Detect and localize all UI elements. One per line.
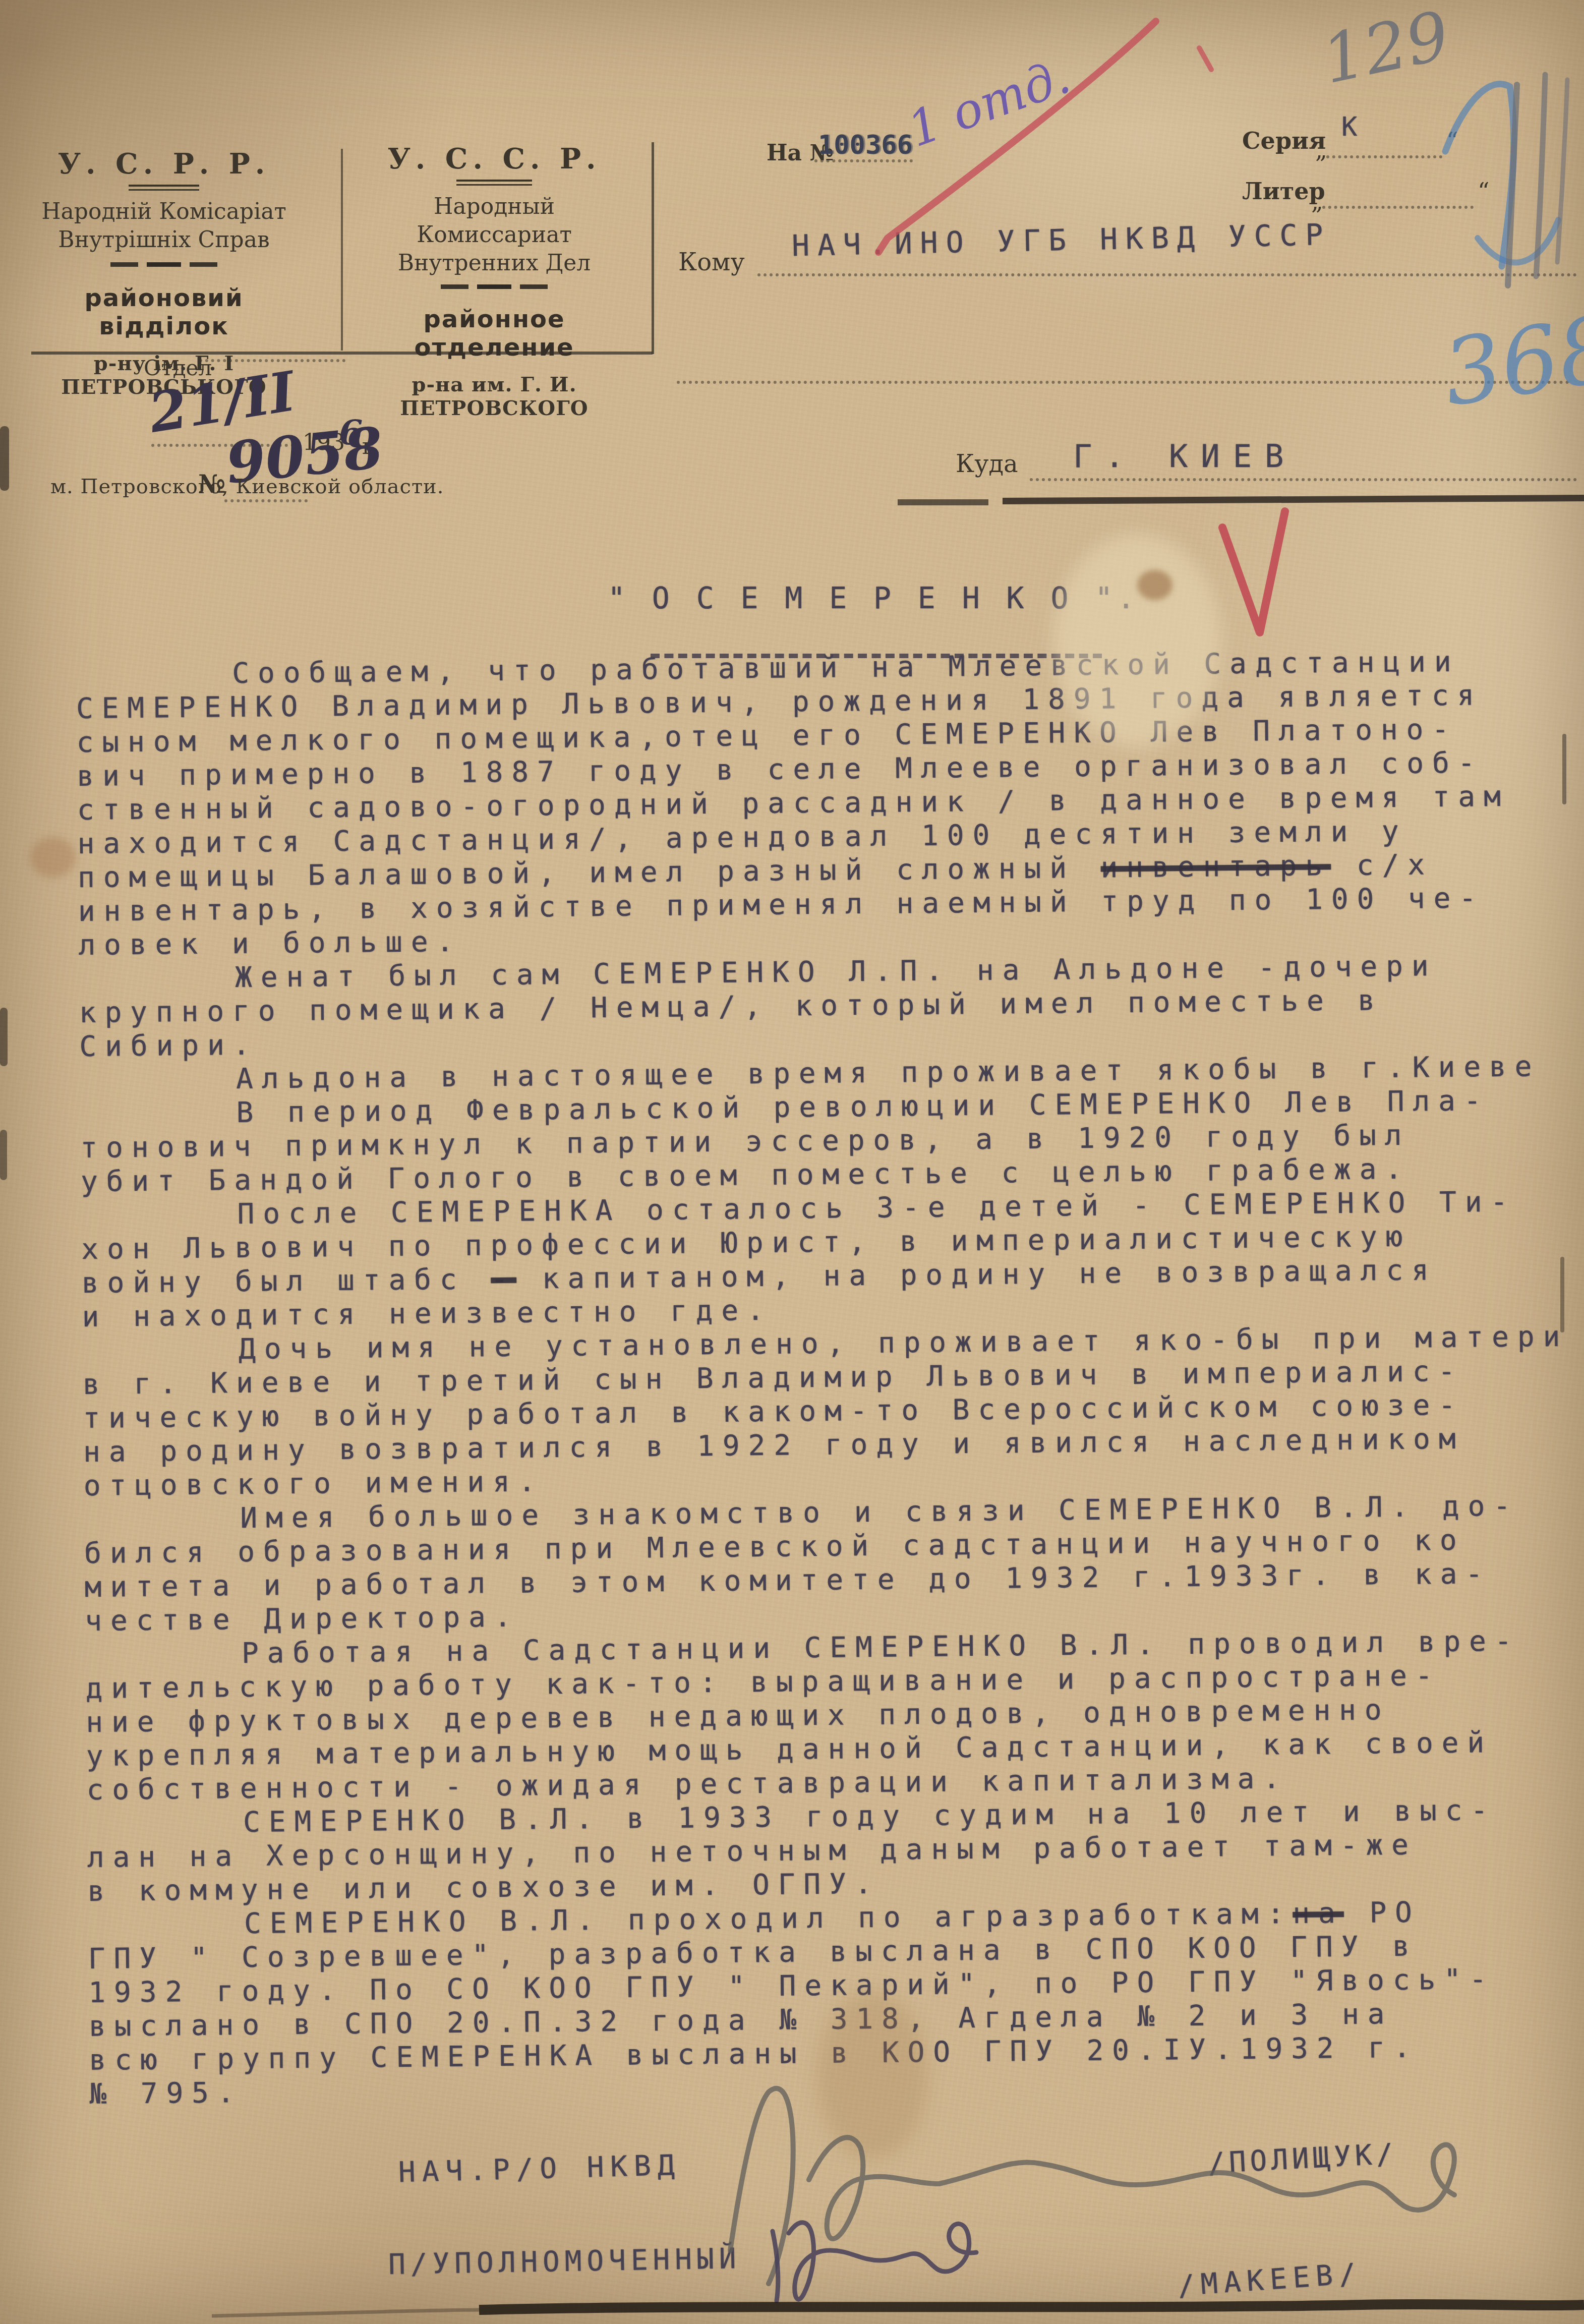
liter-close-quote: “ — [1478, 178, 1490, 205]
signature-row1-name: /ПОЛИЩУК/ — [1207, 2137, 1398, 2180]
blue-scribble-curve — [1445, 84, 1514, 266]
seriya-open-quote: „ — [1315, 136, 1327, 163]
blue-number: 368 — [1436, 296, 1584, 427]
body-text: Сообщаем, что работавший на Млеевской Са… — [76, 644, 1584, 2111]
seriya-value: К — [1341, 112, 1357, 142]
na-no-dotted-line — [814, 159, 913, 162]
letterhead-uk-dept: районовий відділок — [35, 284, 292, 340]
paper-stain-title-spot — [1137, 570, 1172, 600]
signature-row2-label: П/УПОЛНОМОЧЕННЫЙ — [388, 2242, 741, 2281]
red-check-mark — [1222, 511, 1285, 632]
bottom-edge-line — [479, 2304, 1584, 2310]
komu-label: Кому — [678, 248, 745, 276]
left-edge-mark-3 — [0, 1130, 7, 1180]
letterhead-ru-country: У. С. С. Р. — [363, 142, 625, 176]
left-edge-mark-1 — [0, 426, 9, 491]
paper-stain-left — [30, 837, 76, 878]
letterhead-right-divider — [652, 142, 654, 354]
bottom-edge-shadow — [212, 2310, 479, 2316]
seriya-label: Серия — [1242, 127, 1326, 154]
letterhead-ru-underline — [456, 180, 532, 186]
liter-dotted-line — [1322, 206, 1474, 209]
pencil-stroke-1 — [1508, 85, 1517, 285]
liter-open-quote: „ — [1311, 188, 1323, 215]
page-number-pencil: 129 — [1316, 0, 1456, 99]
letterhead-ru-divider — [441, 284, 548, 289]
signature-row2-name: /МАКЕЕВ/ — [1177, 2257, 1363, 2302]
letterhead-uk-country: У. С. Р. Р. — [35, 147, 292, 181]
otdel-dotted-line — [199, 359, 345, 362]
seriya-close-quote: “ — [1446, 127, 1458, 154]
letterhead-uk-divider — [110, 262, 217, 267]
number-dotted-line — [224, 499, 308, 502]
red-small-tick — [1199, 48, 1211, 70]
letterhead-ru-org1: Народный Комиссариат — [363, 193, 625, 249]
otd-note-handwritten: 1 отд. — [901, 48, 1077, 158]
place-line: м. Петровского, Киевской области. — [50, 475, 444, 498]
pencil-stroke-3 — [1557, 80, 1567, 262]
letterhead-uk-org1: Народній Комісаріат — [35, 198, 292, 226]
pencil-stroke-2 — [1536, 75, 1545, 276]
kuda-value: Г. КИЕВ — [1073, 438, 1297, 475]
kuda-thick-rule-left — [898, 499, 988, 505]
kuda-thick-rule — [1003, 495, 1584, 504]
ink-signature — [773, 2223, 976, 2301]
letterhead-ru-dept: районное отделение — [363, 305, 625, 362]
paper-stain-mid — [817, 1992, 928, 2159]
komu-dotted-line — [757, 273, 1577, 276]
letterhead-russian: У. С. С. Р. Народный Комиссариат Внутрен… — [363, 142, 625, 420]
middle-dotted-line — [677, 381, 1569, 384]
kuda-dotted-line — [1030, 478, 1577, 481]
komu-value: НАЧ.ИНО УГБ НКВД УССР — [791, 217, 1331, 263]
left-edge-mark-2 — [0, 1008, 8, 1066]
blue-scribble-hook — [1478, 220, 1558, 263]
letterhead-ru-org2: Внутренних Дел — [363, 249, 625, 277]
letterhead-uk-underline — [129, 185, 199, 191]
letterhead-uk-org2: Внутрішніх Справ — [35, 226, 292, 254]
na-no-value: 100366 — [818, 130, 913, 160]
paper-stain-title — [1054, 535, 1220, 746]
signature-row1-label: НАЧ.Р/О НКВД — [398, 2149, 681, 2189]
seriya-dotted-line — [1326, 155, 1442, 158]
letterhead-column-divider — [341, 149, 343, 351]
kuda-label: Куда — [956, 450, 1018, 478]
letterhead-ru-region: р-на им. Г. И. ПЕТРОВСКОГО — [363, 373, 625, 420]
document-page: У. С. Р. Р. Народній Комісаріат Внутрішн… — [0, 0, 1584, 2324]
